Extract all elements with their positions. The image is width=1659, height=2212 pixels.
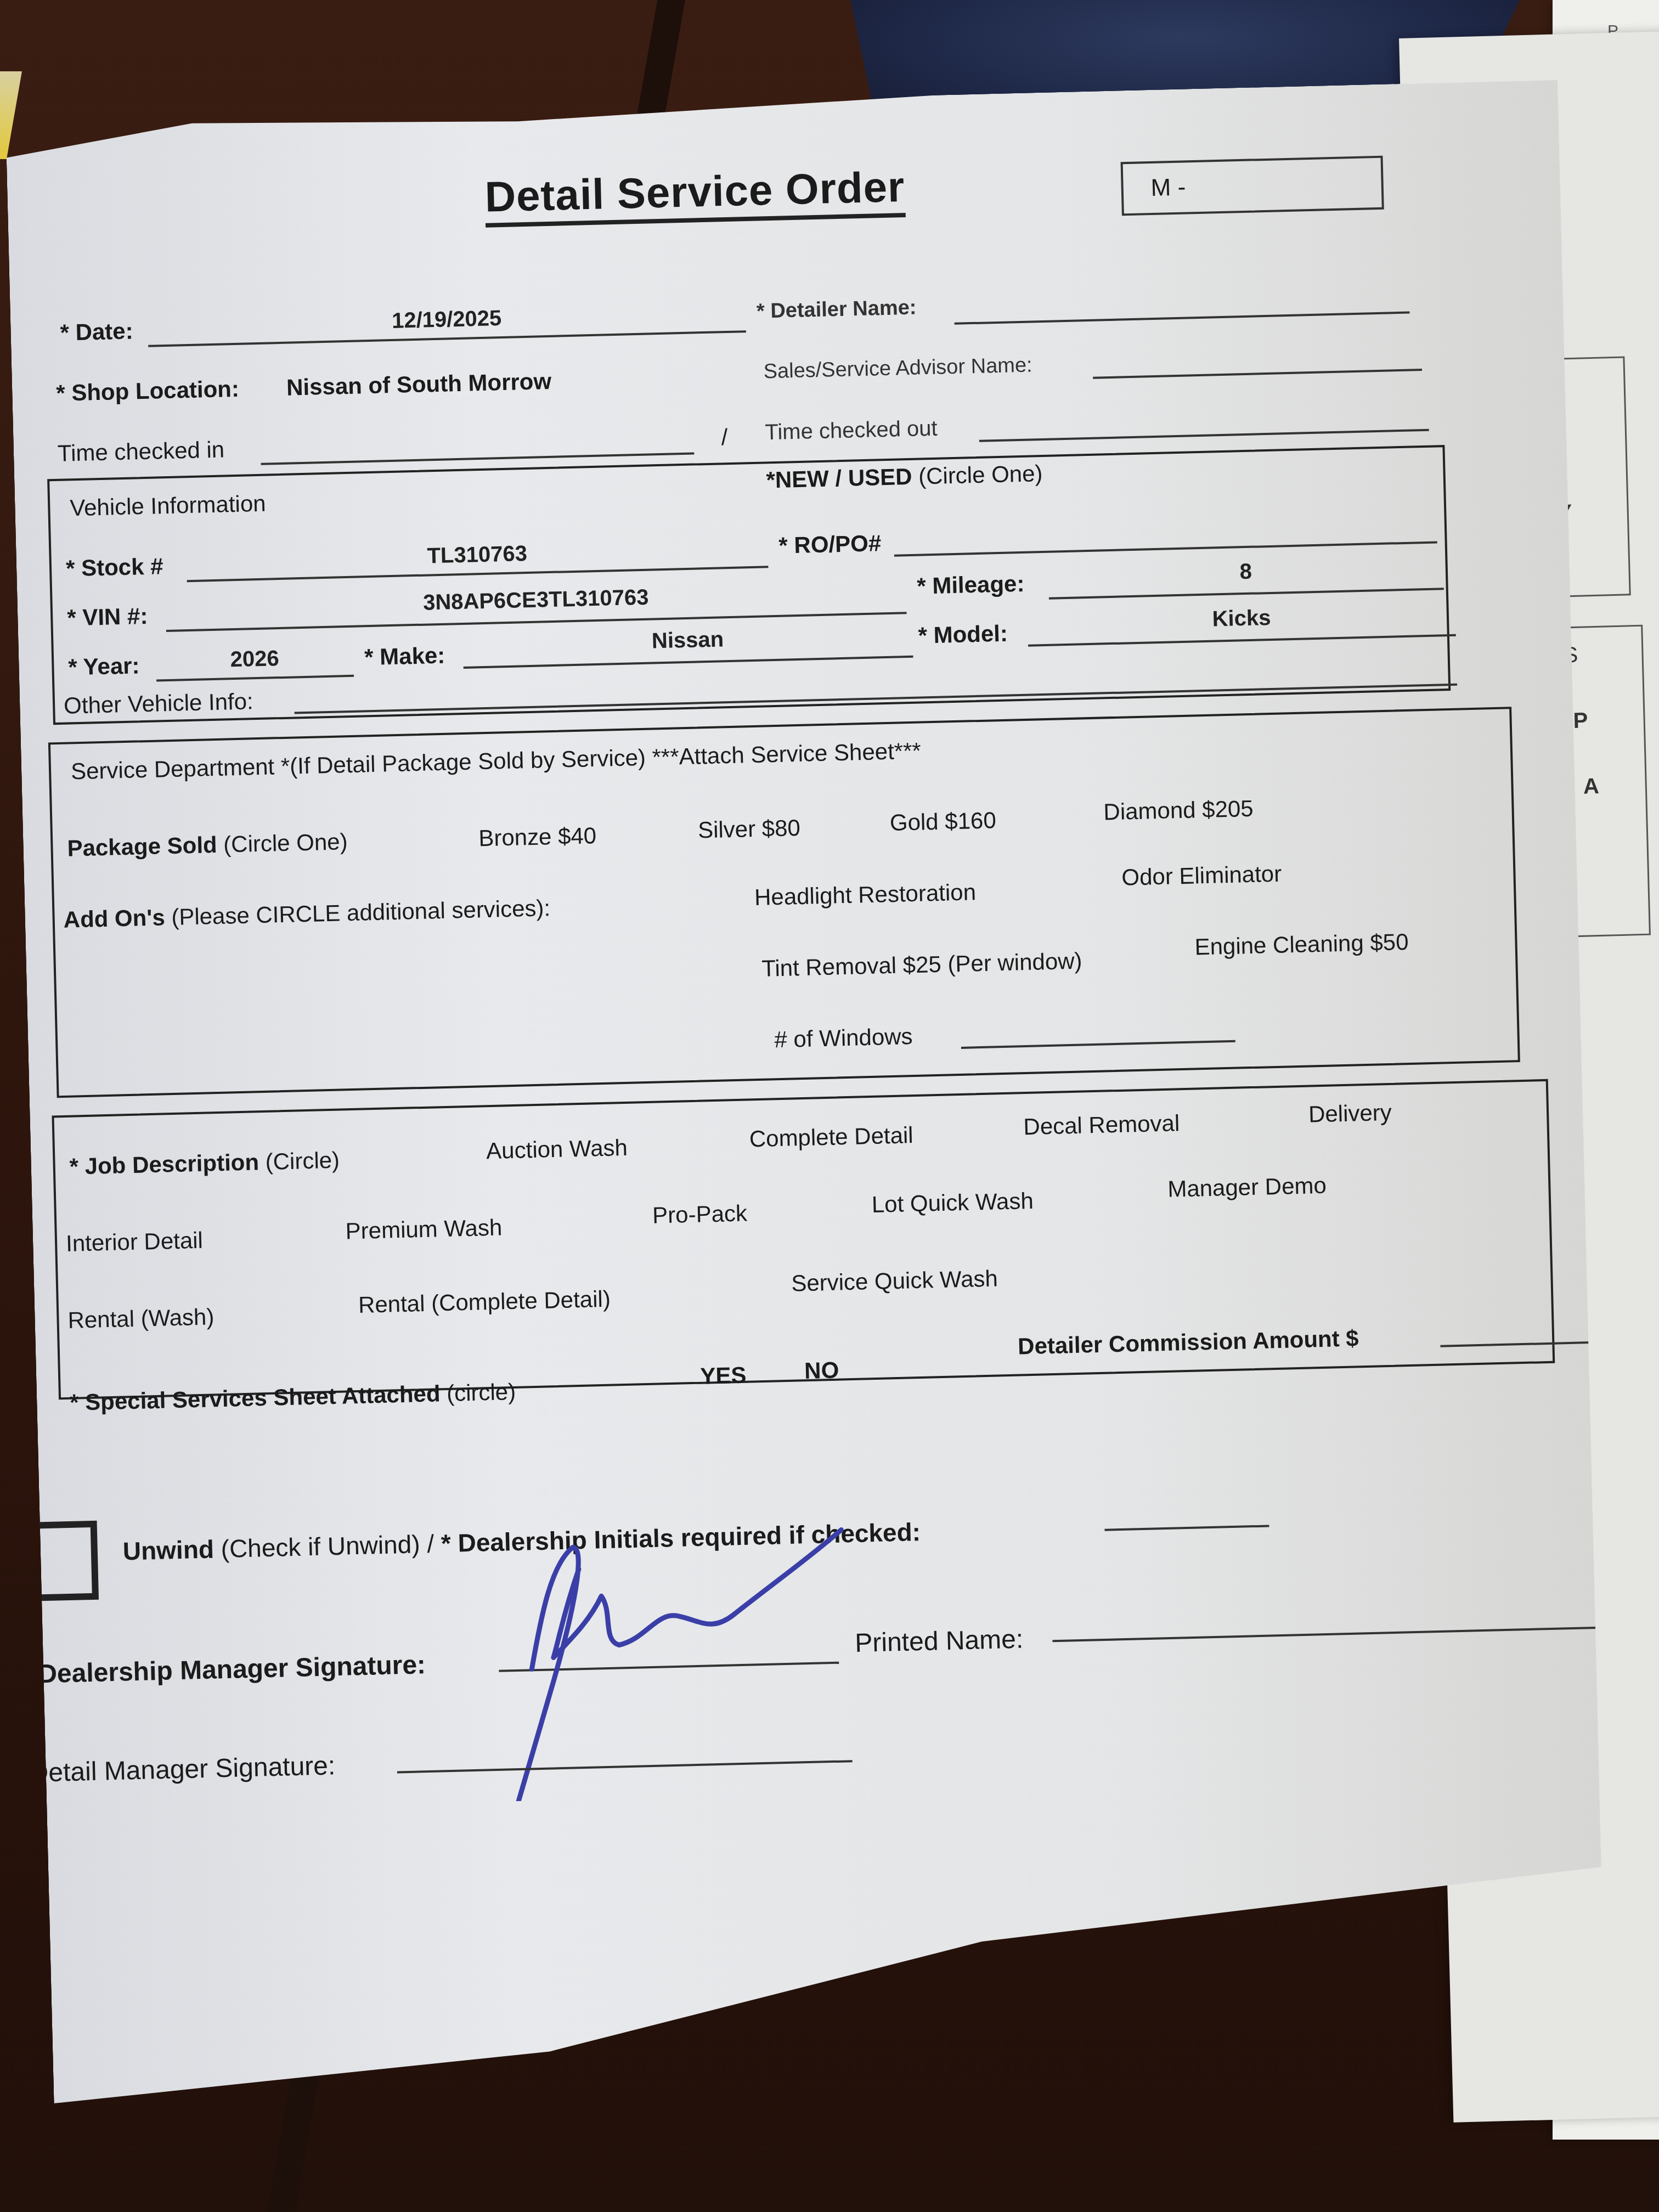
sheet-fragment: P: [1573, 708, 1588, 733]
time-checked-in-label: Time checked in: [57, 436, 224, 466]
package-sold-note: (Circle One): [223, 828, 348, 857]
windows-label: # of Windows: [774, 1023, 913, 1053]
package-option-bronze[interactable]: Bronze $40: [478, 822, 597, 851]
printed-name-field[interactable]: [1052, 1627, 1601, 1642]
new-used-note: (Circle One): [918, 460, 1043, 489]
job-option-service-quick-wash[interactable]: Service Quick Wash: [791, 1265, 998, 1296]
mileage-label: * Mileage:: [917, 571, 1025, 600]
printed-name-label: Printed Name:: [855, 1624, 1024, 1658]
package-sold-label-bold: Package Sold: [67, 832, 217, 861]
job-option-delivery[interactable]: Delivery: [1308, 1099, 1392, 1128]
addon-odor-eliminator[interactable]: Odor Eliminator: [1121, 861, 1282, 891]
sheet-fragment: A: [1583, 774, 1599, 799]
special-sheet-yes-option[interactable]: YES: [700, 1362, 747, 1390]
detail-service-order-form: Detail Service Order M - * Date: 12/19/2…: [5, 80, 1606, 2103]
stock-label: * Stock #: [66, 553, 164, 582]
shop-location-label: * Shop Location:: [56, 376, 240, 407]
job-option-manager-demo[interactable]: Manager Demo: [1167, 1172, 1327, 1203]
job-description-note: (Circle): [265, 1147, 340, 1175]
vehicle-information-heading: Vehicle Information: [70, 490, 266, 522]
job-option-premium-wash[interactable]: Premium Wash: [345, 1214, 503, 1244]
time-separator: /: [721, 424, 728, 450]
job-option-complete-detail[interactable]: Complete Detail: [749, 1122, 913, 1152]
package-option-silver[interactable]: Silver $80: [698, 815, 801, 844]
time-checked-out-field[interactable]: [979, 429, 1429, 442]
form-title: Detail Service Order: [484, 162, 906, 228]
detailer-name-label: * Detailer Name:: [757, 296, 917, 324]
dealership-manager-signature-ink: [490, 1507, 891, 1802]
year-label: * Year:: [68, 652, 140, 680]
job-description-label-bold: * Job Description: [69, 1149, 259, 1179]
order-number-box[interactable]: M -: [1121, 156, 1384, 216]
detail-manager-signature-label: Detail Manager Signature:: [29, 1751, 336, 1788]
model-label: * Model:: [918, 620, 1008, 649]
vin-label: * VIN #:: [67, 603, 148, 631]
job-option-auction-wash[interactable]: Auction Wash: [486, 1135, 628, 1164]
advisor-name-label: Sales/Service Advisor Name:: [763, 353, 1032, 383]
year-value: 2026: [156, 645, 354, 674]
unwind-label-bold: Unwind: [122, 1535, 214, 1566]
ro-po-label: * RO/PO#: [778, 530, 882, 559]
detailer-name-field[interactable]: [955, 312, 1410, 325]
time-checked-out-label: Time checked out: [765, 416, 938, 445]
package-option-gold[interactable]: Gold $160: [889, 807, 996, 836]
job-option-decal-removal[interactable]: Decal Removal: [1023, 1110, 1180, 1140]
job-option-rental-wash[interactable]: Rental (Wash): [67, 1304, 215, 1334]
job-option-pro-pack[interactable]: Pro-Pack: [652, 1200, 748, 1229]
special-services-sheet-note: (circle): [447, 1379, 516, 1406]
add-ons-label-bold: Add On's: [63, 904, 165, 933]
dealership-initials-field[interactable]: [1104, 1525, 1269, 1531]
make-label: * Make:: [364, 642, 445, 671]
special-sheet-no-option[interactable]: NO: [804, 1357, 839, 1385]
time-checked-in-field[interactable]: [261, 453, 695, 465]
job-option-interior-detail[interactable]: Interior Detail: [66, 1227, 204, 1257]
package-option-diamond[interactable]: Diamond $205: [1103, 795, 1254, 826]
addon-headlight-restoration[interactable]: Headlight Restoration: [754, 879, 977, 911]
order-number-prefix: M -: [1150, 173, 1186, 202]
other-vehicle-info-label: Other Vehicle Info:: [64, 688, 254, 719]
dealership-manager-signature-label: Dealership Manager Signature:: [38, 1650, 426, 1689]
shop-location-value: Nissan of South Morrow: [286, 368, 552, 401]
addon-engine-cleaning[interactable]: Engine Cleaning $50: [1194, 929, 1409, 961]
new-used-label: *NEW / USED: [766, 464, 912, 493]
advisor-name-field[interactable]: [1093, 369, 1422, 379]
job-option-lot-quick-wash[interactable]: Lot Quick Wash: [871, 1188, 1034, 1218]
date-label: * Date:: [60, 318, 133, 346]
unwind-note: (Check if Unwind) /: [221, 1530, 435, 1563]
